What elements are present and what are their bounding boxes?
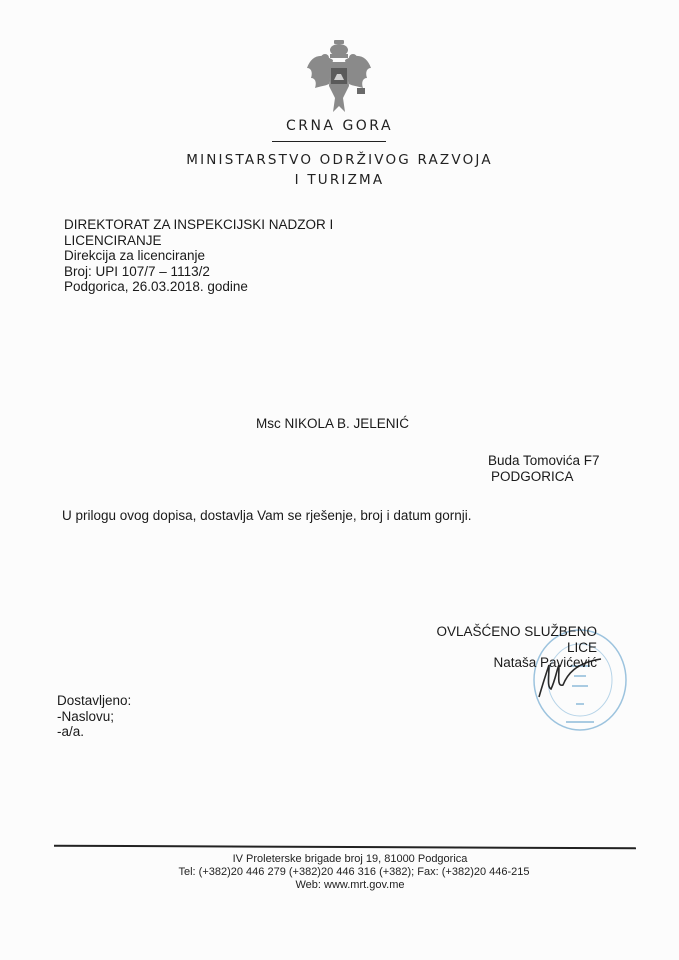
ministry-line-1: MINISTARSTVO ODRŽIVOG RAZVOJA: [0, 150, 679, 170]
footer-phones: Tel: (+382)20 446 279 (+382)20 446 316 (…: [40, 866, 660, 879]
footer-address: IV Proleterske brigade broj 19, 81000 Po…: [40, 853, 660, 866]
delivered-item: -Naslovu;: [57, 709, 131, 725]
document-page: CRNA GORA MINISTARSTVO ODRŽIVOG RAZVOJA …: [0, 0, 679, 960]
recipient-street: Buda Tomovića F7: [488, 453, 600, 469]
reference-number: Broj: UPI 107/7 – 1113/2: [64, 264, 333, 280]
delivered-block: Dostavljeno: -Naslovu; -a/a.: [57, 693, 131, 740]
footer-web: Web: www.mrt.gov.me: [40, 879, 660, 892]
footer-divider: [54, 845, 636, 850]
delivered-label: Dostavljeno:: [57, 693, 131, 709]
directorate-block: DIREKTORAT ZA INSPEKCIJSKI NADZOR I LICE…: [64, 217, 333, 295]
recipient-name: Msc NIKOLA B. JELENIĆ: [256, 416, 409, 432]
place-date: Podgorica, 26.03.2018. godine: [64, 279, 333, 295]
directorate-line-2: LICENCIRANJE: [64, 233, 333, 249]
signature-block: OVLAŠĆENO SLUŽBENO LICE Nataša Pavićević: [411, 624, 597, 671]
signatory-title: OVLAŠĆENO SLUŽBENO LICE: [411, 624, 597, 655]
country-name: CRNA GORA: [0, 118, 679, 134]
coat-of-arms-icon: [303, 38, 375, 116]
directorate-line-3: Direkcija za licenciranje: [64, 248, 333, 264]
ministry-name: MINISTARSTVO ODRŽIVOG RAZVOJA I TURIZMA: [0, 150, 679, 190]
body-paragraph: U prilogu ovog dopisa, dostavlja Vam se …: [62, 508, 471, 524]
directorate-line-1: DIREKTORAT ZA INSPEKCIJSKI NADZOR I: [64, 217, 333, 233]
footer: IV Proleterske brigade broj 19, 81000 Po…: [40, 853, 660, 892]
recipient-address: Buda Tomovića F7 PODGORICA: [488, 453, 600, 484]
signatory-name: Nataša Pavićević: [411, 655, 597, 671]
recipient-city: PODGORICA: [488, 469, 600, 485]
delivered-item: -a/a.: [57, 724, 131, 740]
ministry-line-2: I TURIZMA: [0, 170, 679, 190]
header-divider: [272, 141, 386, 142]
